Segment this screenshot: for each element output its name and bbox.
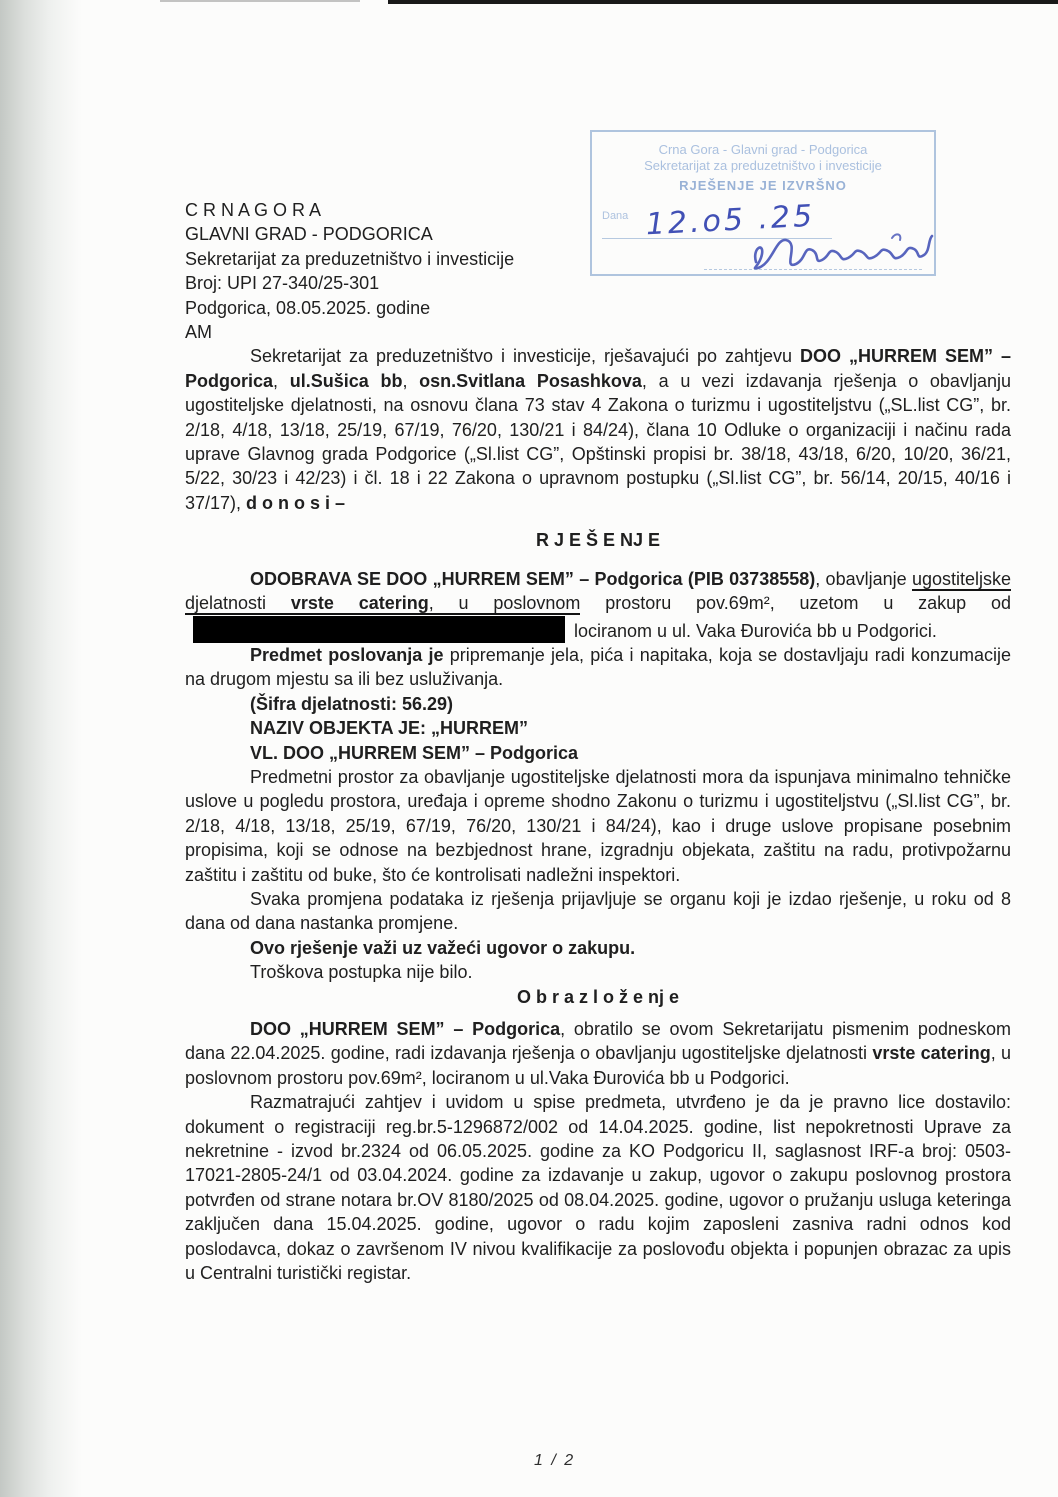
- document-body: C R N A G O R A GLAVNI GRAD - PODGORICA …: [185, 198, 1011, 1285]
- page-number: 1 / 2: [534, 1452, 575, 1470]
- promjena-paragraph: Svaka promjena podataka iz rješenja prij…: [185, 887, 1011, 936]
- scanned-document-page: Crna Gora - Glavni grad - Podgorica Sekr…: [0, 0, 1058, 1497]
- scan-artifact-smudge: [160, 0, 360, 2]
- title-rjesenje: R J E Š E NJ E: [185, 528, 1011, 552]
- uslovi-paragraph: Predmetni prostor za obavljanje ugostite…: [185, 765, 1011, 887]
- title-obrazlozenje: O b r a z l o ž e nj e: [185, 985, 1011, 1009]
- dokazi-paragraph: Razmatrajući zahtjev i uvidom u spise pr…: [185, 1090, 1011, 1285]
- intro-paragraph: Sekretarijat za preduzetništvo i investi…: [185, 344, 1011, 515]
- stamp-status-line: RJEŠENJE JE IZVRŠNO: [592, 178, 934, 194]
- redaction-box: [193, 616, 565, 643]
- odobrava-paragraph: ODOBRAVA SE DOO „HURREM SEM” – Podgorica…: [185, 567, 1011, 643]
- sifra-djelatnosti: (Šifra djelatnosti: 56.29): [185, 692, 1011, 716]
- header-case-number: Broj: UPI 27-340/25-301: [185, 271, 1011, 295]
- header-clerk-initials: AM: [185, 320, 1011, 344]
- scan-artifact-line: [388, 0, 1058, 4]
- troskovi-line: Troškova postupka nije bilo.: [185, 960, 1011, 984]
- predmet-paragraph: Predmet poslovanja je pripremanje jela, …: [185, 643, 1011, 692]
- vazenje-line: Ovo rješenje važi uz važeći ugovor o zak…: [185, 936, 1011, 960]
- header-place-date: Podgorica, 08.05.2025. godine: [185, 296, 1011, 320]
- header-country: C R N A G O R A: [185, 198, 1011, 222]
- stamp-org-line1: Crna Gora - Glavni grad - Podgorica: [592, 142, 934, 158]
- scanner-edge-shadow: [0, 0, 82, 1497]
- header-department: Sekretarijat za preduzetništvo i investi…: [185, 247, 1011, 271]
- stamp-org-line2: Sekretarijat za preduzetništvo i investi…: [592, 158, 934, 174]
- obracanje-paragraph: DOO „HURREM SEM” – Podgorica, obratilo s…: [185, 1017, 1011, 1090]
- header-city: GLAVNI GRAD - PODGORICA: [185, 222, 1011, 246]
- naziv-objekta: NAZIV OBJEKTA JE: „HURREM”: [185, 716, 1011, 740]
- vlasnik-objekta: VL. DOO „HURREM SEM” – Podgorica: [185, 741, 1011, 765]
